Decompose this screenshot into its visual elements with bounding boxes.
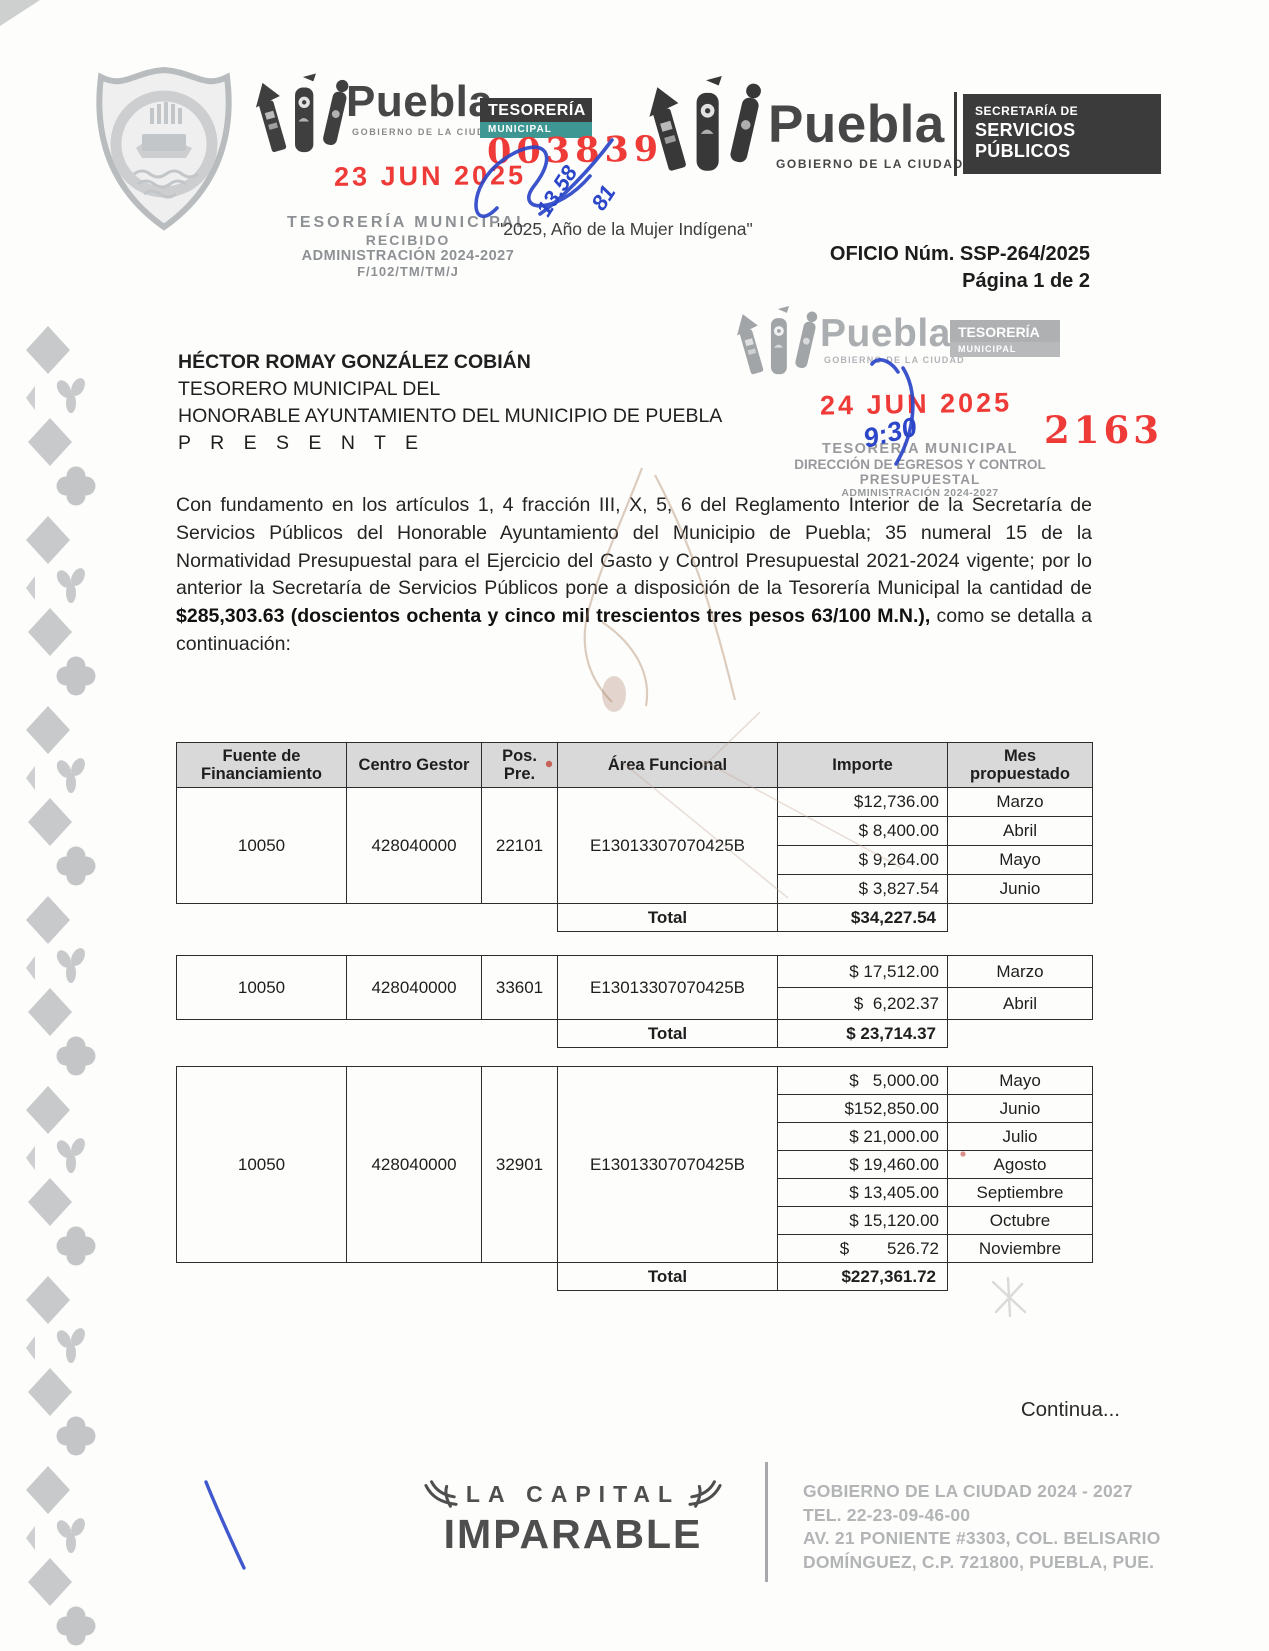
badge-line1: TESORERÍA — [480, 98, 592, 122]
cell-centro: 428040000 — [347, 788, 482, 904]
footer-divider — [765, 1462, 768, 1582]
col-centro: Centro Gestor — [347, 743, 482, 788]
scan-corner-artifact — [0, 0, 40, 26]
page-number: Página 1 de 2 — [690, 268, 1090, 295]
cell-importe: $ 13,405.00 — [778, 1179, 948, 1207]
cell-mes: Abril — [948, 817, 1093, 846]
puebla-skyline-icon — [254, 70, 350, 160]
logo-divider — [954, 92, 957, 176]
puebla-tagline: GOBIERNO DE LA CIUDAD — [352, 128, 501, 137]
cell-importe: $ 526.72 — [778, 1235, 948, 1263]
cell-importe: $ 6,202.37 — [778, 988, 948, 1020]
cell-centro: 428040000 — [347, 956, 482, 1020]
total-value: $ 23,714.37 — [778, 1020, 948, 1048]
badge-line2: SERVICIOS PÚBLICOS — [963, 118, 1161, 170]
table-row: 10050 428040000 32901 E13013307070425B $… — [177, 1067, 1093, 1095]
footer-line: DOMÍNGUEZ, C.P. 721800, PUEBLA, PUE. — [803, 1551, 1161, 1575]
cell-importe: $12,736.00 — [778, 788, 948, 817]
recipient-org: HONORABLE AYUNTAMIENTO DEL MUNICIPIO DE … — [178, 403, 722, 430]
footer-line: AV. 21 PONIENTE #3303, COL. BELISARIO — [803, 1527, 1161, 1551]
cell-importe: $ 8,400.00 — [778, 817, 948, 846]
badge-line1: SECRETARÍA DE — [963, 98, 1161, 118]
body-text: Con fundamento en los artículos 1, 4 fra… — [176, 494, 1092, 599]
puebla-tagline: GOBIERNO DE LA CIUDAD — [776, 158, 964, 170]
body-paragraph: Con fundamento en los artículos 1, 4 fra… — [176, 492, 1092, 659]
table-row: 10050 428040000 22101 E13013307070425B $… — [177, 788, 1093, 817]
footer-line: TEL. 22-23-09-46-00 — [803, 1504, 1161, 1528]
capital-logo-line2: IMPARABLE — [408, 1511, 738, 1558]
cell-area: E13013307070425B — [558, 1067, 778, 1263]
handwritten-extra-note: 81 — [586, 181, 620, 215]
received-stamp-line: ADMINISTRACIÓN 2024-2027 — [258, 248, 558, 264]
total-value: $227,361.72 — [778, 1263, 948, 1291]
cell-area: E13013307070425B — [558, 956, 778, 1020]
cell-pos: 22101 — [482, 788, 558, 904]
budget-table-3: 10050 428040000 32901 E13013307070425B $… — [176, 1066, 1093, 1291]
cell-mes: Septiembre — [948, 1179, 1093, 1207]
cell-mes: Abril — [948, 988, 1093, 1020]
oficio-number: OFICIO Núm. SSP-264/2025 — [690, 241, 1090, 268]
scanned-oficio-page: Puebla GOBIERNO DE LA CIUDAD TESORERÍA M… — [0, 0, 1269, 1651]
body-amount: $285,303.63 (doscientos ochenta y cinco … — [176, 605, 930, 627]
year-motto: "2025, Año de la Mujer Indígena" — [497, 219, 753, 240]
col-mes: Mes propuestado — [948, 743, 1093, 788]
puebla-wordmark: Puebla — [768, 98, 945, 151]
cell-area: E13013307070425B — [558, 788, 778, 904]
oficio-header: OFICIO Núm. SSP-264/2025 Página 1 de 2 — [690, 241, 1090, 295]
cell-mes: Agosto — [948, 1151, 1093, 1179]
talavera-border-pattern — [24, 326, 96, 1651]
table-header-row: Fuente de Financiamiento Centro Gestor P… — [177, 743, 1093, 788]
table-total-row: Total $34,227.54 — [177, 904, 1093, 932]
cell-mes: Mayo — [948, 1067, 1093, 1095]
badge-line1: TESORERÍA — [950, 320, 1060, 342]
egresos-stamp-text: TESORERIA MUNICIPAL DIRECCIÓN DE EGRESOS… — [786, 441, 1054, 499]
received-stamp-line: F/102/TM/TM/J — [258, 264, 558, 279]
col-pos: Pos. Pre. — [482, 743, 558, 788]
total-value: $34,227.54 — [778, 904, 948, 932]
badge-line2: MUNICIPAL — [950, 342, 1060, 357]
table-row: 10050 428040000 33601 E13013307070425B $… — [177, 956, 1093, 988]
cell-mes: Noviembre — [948, 1235, 1093, 1263]
received-date-stamp: 23 JUN 2025 — [334, 160, 526, 193]
cell-fuente: 10050 — [177, 1067, 347, 1263]
budget-table-2: 10050 428040000 33601 E13013307070425B $… — [176, 955, 1093, 1048]
cell-mes: Junio — [948, 875, 1093, 904]
cell-importe: $ 21,000.00 — [778, 1123, 948, 1151]
table-total-row: Total $ 23,714.37 — [177, 1020, 1093, 1048]
recipient-salutation: P R E S E N T E — [178, 430, 722, 457]
cell-importe: $ 9,264.00 — [778, 846, 948, 875]
recipient-block: HÉCTOR ROMAY GONZÁLEZ COBIÁN TESORERO MU… — [178, 349, 722, 457]
budget-table-1: Fuente de Financiamiento Centro Gestor P… — [176, 742, 1093, 932]
capital-logo-line1: LA CAPITAL — [466, 1481, 680, 1508]
cell-centro: 428040000 — [347, 1067, 482, 1263]
puebla-skyline-icon-faded — [733, 306, 821, 378]
cell-fuente: 10050 — [177, 956, 347, 1020]
cell-pos: 32901 — [482, 1067, 558, 1263]
continua-note: Continua... — [820, 1398, 1120, 1422]
la-capital-imparable-logo: LA CAPITAL IMPARABLE — [408, 1478, 738, 1558]
cell-importe: $152,850.00 — [778, 1095, 948, 1123]
table-total-row: Total $227,361.72 — [177, 1263, 1093, 1291]
puebla-tagline-faded: GOBIERNO DE LA CIUDAD — [824, 356, 965, 365]
egresos-stamp-line: DIRECCIÓN DE EGRESOS Y CONTROL — [786, 457, 1054, 472]
cell-mes: Marzo — [948, 788, 1093, 817]
puebla-coat-of-arms-icon — [92, 62, 236, 234]
puebla-wordmark-faded: Puebla — [820, 314, 951, 353]
recipient-title: TESORERO MUNICIPAL DEL — [178, 376, 722, 403]
cell-importe: $ 19,460.00 — [778, 1151, 948, 1179]
egresos-stamp-line: TESORERIA MUNICIPAL — [786, 441, 1054, 457]
cell-importe: $ 17,512.00 — [778, 956, 948, 988]
cell-mes: Junio — [948, 1095, 1093, 1123]
puebla-wordmark: Puebla — [346, 80, 493, 124]
servicios-publicos-badge: SECRETARÍA DE SERVICIOS PÚBLICOS — [963, 94, 1161, 174]
puebla-skyline-icon — [646, 76, 764, 176]
total-label: Total — [558, 904, 778, 932]
footer-address: GOBIERNO DE LA CIUDAD 2024 - 2027 TEL. 2… — [803, 1480, 1161, 1574]
wing-right-icon — [686, 1478, 724, 1510]
recipient-name: HÉCTOR ROMAY GONZÁLEZ COBIÁN — [178, 349, 722, 376]
cell-fuente: 10050 — [177, 788, 347, 904]
wing-left-icon — [422, 1478, 460, 1510]
cell-mes: Julio — [948, 1123, 1093, 1151]
cell-mes: Marzo — [948, 956, 1093, 988]
control-number-stamp: 2163 — [1044, 408, 1163, 452]
egresos-date-stamp: 24 JUN 2025 — [820, 387, 1013, 421]
tesoreria-badge-faded: TESORERÍA MUNICIPAL — [950, 320, 1060, 357]
egresos-stamp-line: PRESUPUESTAL — [786, 472, 1054, 487]
cell-importe: $ 5,000.00 — [778, 1067, 948, 1095]
col-fuente: Fuente de Financiamiento — [177, 743, 347, 788]
total-label: Total — [558, 1020, 778, 1048]
cell-pos: 33601 — [482, 956, 558, 1020]
cell-importe: $ 3,827.54 — [778, 875, 948, 904]
footer-line: GOBIERNO DE LA CIUDAD 2024 - 2027 — [803, 1480, 1161, 1504]
cell-mes: Octubre — [948, 1207, 1093, 1235]
total-label: Total — [558, 1263, 778, 1291]
col-area: Área Funcional — [558, 743, 778, 788]
col-importe: Importe — [778, 743, 948, 788]
cell-mes: Mayo — [948, 846, 1093, 875]
cell-importe: $ 15,120.00 — [778, 1207, 948, 1235]
